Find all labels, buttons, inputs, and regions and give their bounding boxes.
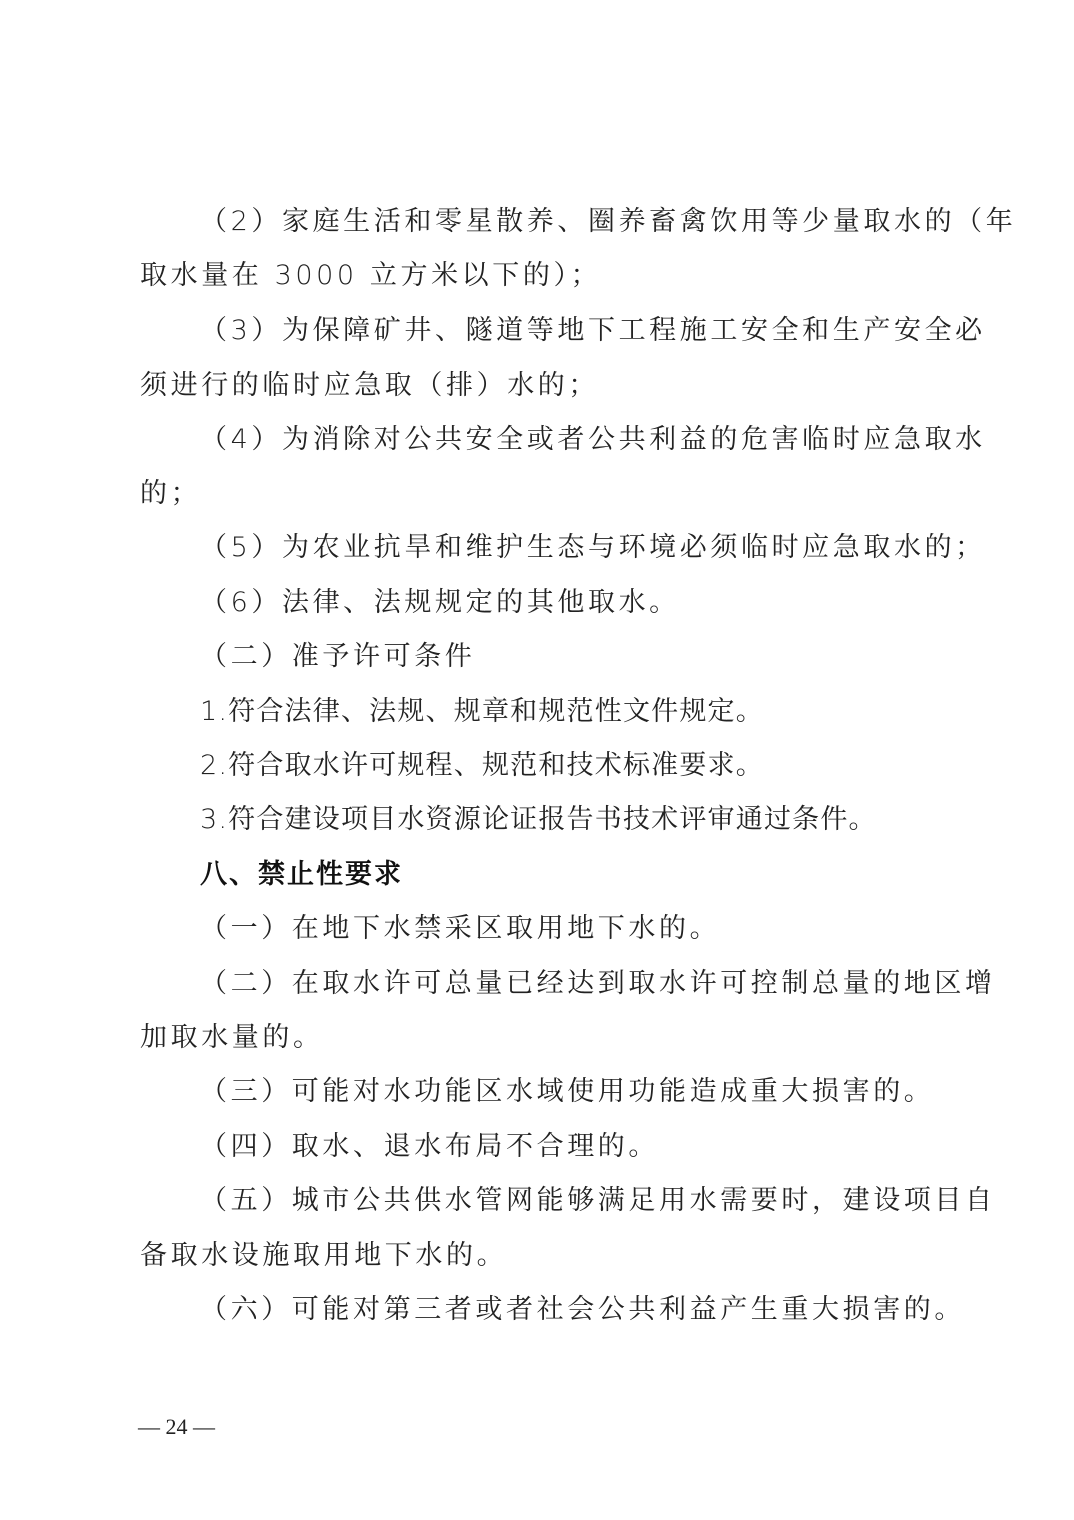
page-number: — 24 — bbox=[138, 1412, 215, 1442]
list-item-2-continued: 取水量在 3000 立方米以下的）； bbox=[140, 258, 940, 294]
prohibition-item-5-continued: 备取水设施取用地下水的。 bbox=[140, 1238, 940, 1274]
prohibition-item-2: （二）在取水许可总量已经达到取水许可控制总量的地区增 bbox=[200, 966, 940, 1002]
section-heading-prohibitions: 八、禁止性要求 bbox=[200, 857, 940, 893]
prohibition-item-2-continued: 加取水量的。 bbox=[140, 1020, 940, 1056]
prohibition-item-4: （四）取水、退水布局不合理的。 bbox=[200, 1129, 940, 1165]
prohibition-item-3: （三）可能对水功能区水域使用功能造成重大损害的。 bbox=[200, 1074, 940, 1110]
list-item-2-household-water: （2）家庭生活和零星散养、圈养畜禽饮用等少量取水的（年 bbox=[200, 204, 940, 240]
document-page: （2）家庭生活和零星散养、圈养畜禽饮用等少量取水的（年 取水量在 3000 立方… bbox=[0, 0, 1074, 1520]
prohibition-item-1: （一）在地下水禁采区取用地下水的。 bbox=[200, 911, 940, 947]
list-item-3-mine-tunnel-safety: （3）为保障矿井、隧道等地下工程施工安全和生产安全必 bbox=[200, 313, 940, 349]
condition-item-1: 1.符合法律、法规、规章和规范性文件规定。 bbox=[200, 694, 940, 730]
prohibition-item-5: （五）城市公共供水管网能够满足用水需要时，建设项目自 bbox=[200, 1183, 940, 1219]
list-item-3-continued: 须进行的临时应急取（排）水的； bbox=[140, 368, 940, 404]
condition-item-2: 2.符合取水许可规程、规范和技术标准要求。 bbox=[200, 748, 940, 784]
list-item-6-other-legal: （6）法律、法规规定的其他取水。 bbox=[200, 585, 940, 621]
section-heading-approval-conditions: （二）准予许可条件 bbox=[200, 639, 940, 675]
prohibition-item-6: （六）可能对第三者或者社会公共利益产生重大损害的。 bbox=[200, 1292, 940, 1328]
condition-item-3: 3.符合建设项目水资源论证报告书技术评审通过条件。 bbox=[200, 802, 940, 838]
list-item-4-continued: 的； bbox=[140, 476, 940, 512]
list-item-5-drought-relief: （5）为农业抗旱和维护生态与环境必须临时应急取水的； bbox=[200, 530, 940, 566]
list-item-4-public-safety: （4）为消除对公共安全或者公共利益的危害临时应急取水 bbox=[200, 422, 940, 458]
